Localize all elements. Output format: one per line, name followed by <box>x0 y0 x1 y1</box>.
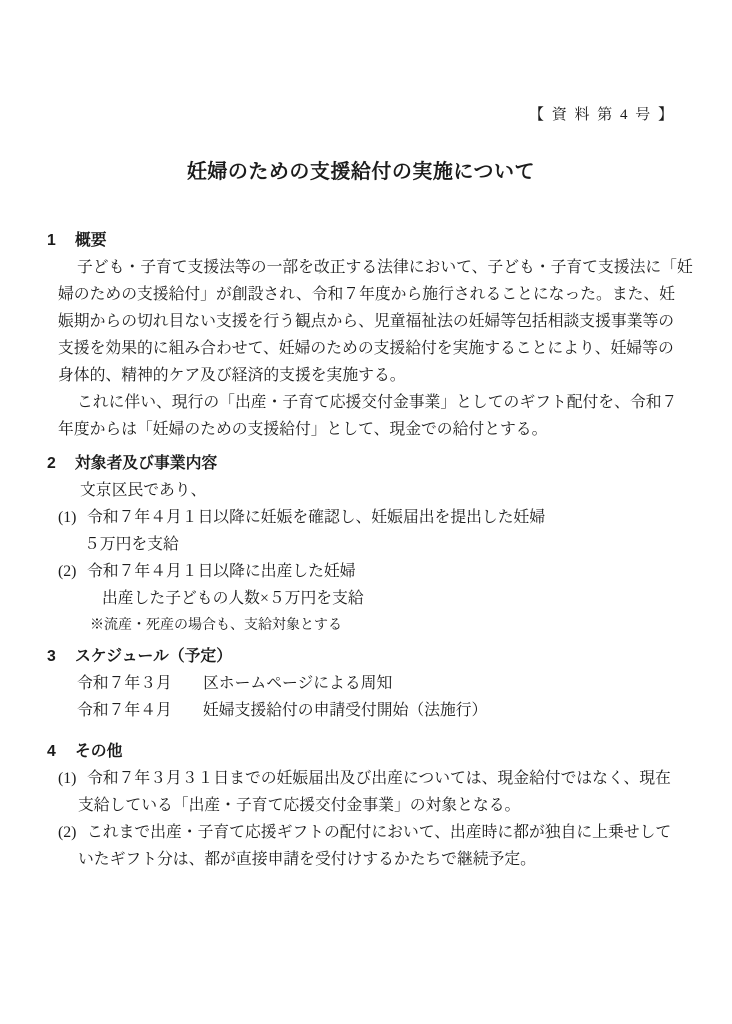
list-marker: (2) <box>58 819 87 846</box>
section-heading-text: スケジュール（予定） <box>75 643 232 670</box>
list-item-text: これまで出産・子育て応援ギフトの配付において、出産時に都が独自に上乗せして <box>87 819 671 846</box>
list-item-text: 令和７年４月１日以降に出産した妊婦 <box>87 558 356 585</box>
schedule-description: 妊婦支援給付の申請受付開始（法施行） <box>203 697 487 724</box>
section-eligibility-heading: 2 対象者及び事業内容 <box>47 450 675 477</box>
other-item-2-continuation: いたギフト分は、都が直接申請を受付けするかたちで継続予定。 <box>47 846 675 873</box>
overview-paragraph2-line: これに伴い、現行の「出産・子育て応援交付金事業」としてのギフト配付を、令和７ <box>47 389 675 416</box>
section-number: 2 <box>47 450 75 477</box>
section-heading-text: 対象者及び事業内容 <box>75 450 217 477</box>
other-item-1-continuation: 支給している「出産・子育て応援交付金事業」の対象となる。 <box>47 792 675 819</box>
overview-paragraph1-line: 身体的、精神的ケア及び経済的支援を実施する。 <box>47 362 675 389</box>
section-other: 4 その他 (1) 令和７年３月３１日までの妊娠届出及び出産については、現金給付… <box>47 738 675 873</box>
document-number-label: 【 資 料 第 4 号 】 <box>47 102 675 129</box>
section-number: 3 <box>47 643 75 670</box>
section-heading-text: その他 <box>75 738 122 765</box>
eligibility-item-1-amount: ５万円を支給 <box>47 531 675 558</box>
schedule-row: 令和７年３月 区ホームページによる周知 <box>47 670 675 697</box>
list-item-text: 令和７年３月３１日までの妊娠届出及び出産については、現金給付ではなく、現在 <box>87 765 671 792</box>
other-item-2: (2) これまで出産・子育て応援ギフトの配付において、出産時に都が独自に上乗せし… <box>47 819 675 846</box>
other-item-1: (1) 令和７年３月３１日までの妊娠届出及び出産については、現金給付ではなく、現… <box>47 765 675 792</box>
schedule-description: 区ホームページによる周知 <box>203 670 392 697</box>
document-page: 【 資 料 第 4 号 】 妊婦のための支援給付の実施について 1 概要 子ども… <box>0 0 732 1024</box>
section-heading-text: 概要 <box>75 227 107 254</box>
schedule-date: 令和７年３月 <box>77 670 203 697</box>
overview-paragraph1-line: 子ども・子育て支援法等の一部を改正する法律において、子ども・子育て支援法に「妊 <box>47 254 675 281</box>
section-number: 1 <box>47 227 75 254</box>
eligibility-item-2: (2) 令和７年４月１日以降に出産した妊婦 <box>47 558 675 585</box>
list-item-text: 令和７年４月１日以降に妊娠を確認し、妊娠届出を提出した妊婦 <box>87 504 545 531</box>
section-schedule: 3 スケジュール（予定） 令和７年３月 区ホームページによる周知 令和７年４月 … <box>47 643 675 724</box>
overview-paragraph1-line: 婦のための支援給付」が創設され、令和７年度から施行されることになった。また、妊 <box>47 281 675 308</box>
section-number: 4 <box>47 738 75 765</box>
section-overview: 1 概要 子ども・子育て支援法等の一部を改正する法律において、子ども・子育て支援… <box>47 227 675 443</box>
section-eligibility: 2 対象者及び事業内容 文京区民であり、 (1) 令和７年４月１日以降に妊娠を確… <box>47 450 675 639</box>
eligibility-note: ※流産・死産の場合も、支給対象とする <box>47 612 675 639</box>
eligibility-intro: 文京区民であり、 <box>47 477 675 504</box>
overview-paragraph2-line: 年度からは「妊婦のための支援給付」として、現金での給付とする。 <box>47 416 675 443</box>
document-title: 妊婦のための支援給付の実施について <box>47 159 675 186</box>
overview-paragraph1-line: 娠期からの切れ目ない支援を行う観点から、児童福祉法の妊婦等包括相談支援事業等の <box>47 308 675 335</box>
section-schedule-heading: 3 スケジュール（予定） <box>47 643 675 670</box>
section-other-heading: 4 その他 <box>47 738 675 765</box>
list-marker: (1) <box>58 504 87 531</box>
eligibility-item-1: (1) 令和７年４月１日以降に妊娠を確認し、妊娠届出を提出した妊婦 <box>47 504 675 531</box>
section-overview-heading: 1 概要 <box>47 227 675 254</box>
eligibility-item-2-amount: 出産した子どもの人数×５万円を支給 <box>47 585 675 612</box>
list-marker: (2) <box>58 558 87 585</box>
overview-paragraph1-line: 支援を効果的に組み合わせて、妊婦のための支援給付を実施することにより、妊婦等の <box>47 335 675 362</box>
schedule-row: 令和７年４月 妊婦支援給付の申請受付開始（法施行） <box>47 697 675 724</box>
schedule-date: 令和７年４月 <box>77 697 203 724</box>
list-marker: (1) <box>58 765 87 792</box>
